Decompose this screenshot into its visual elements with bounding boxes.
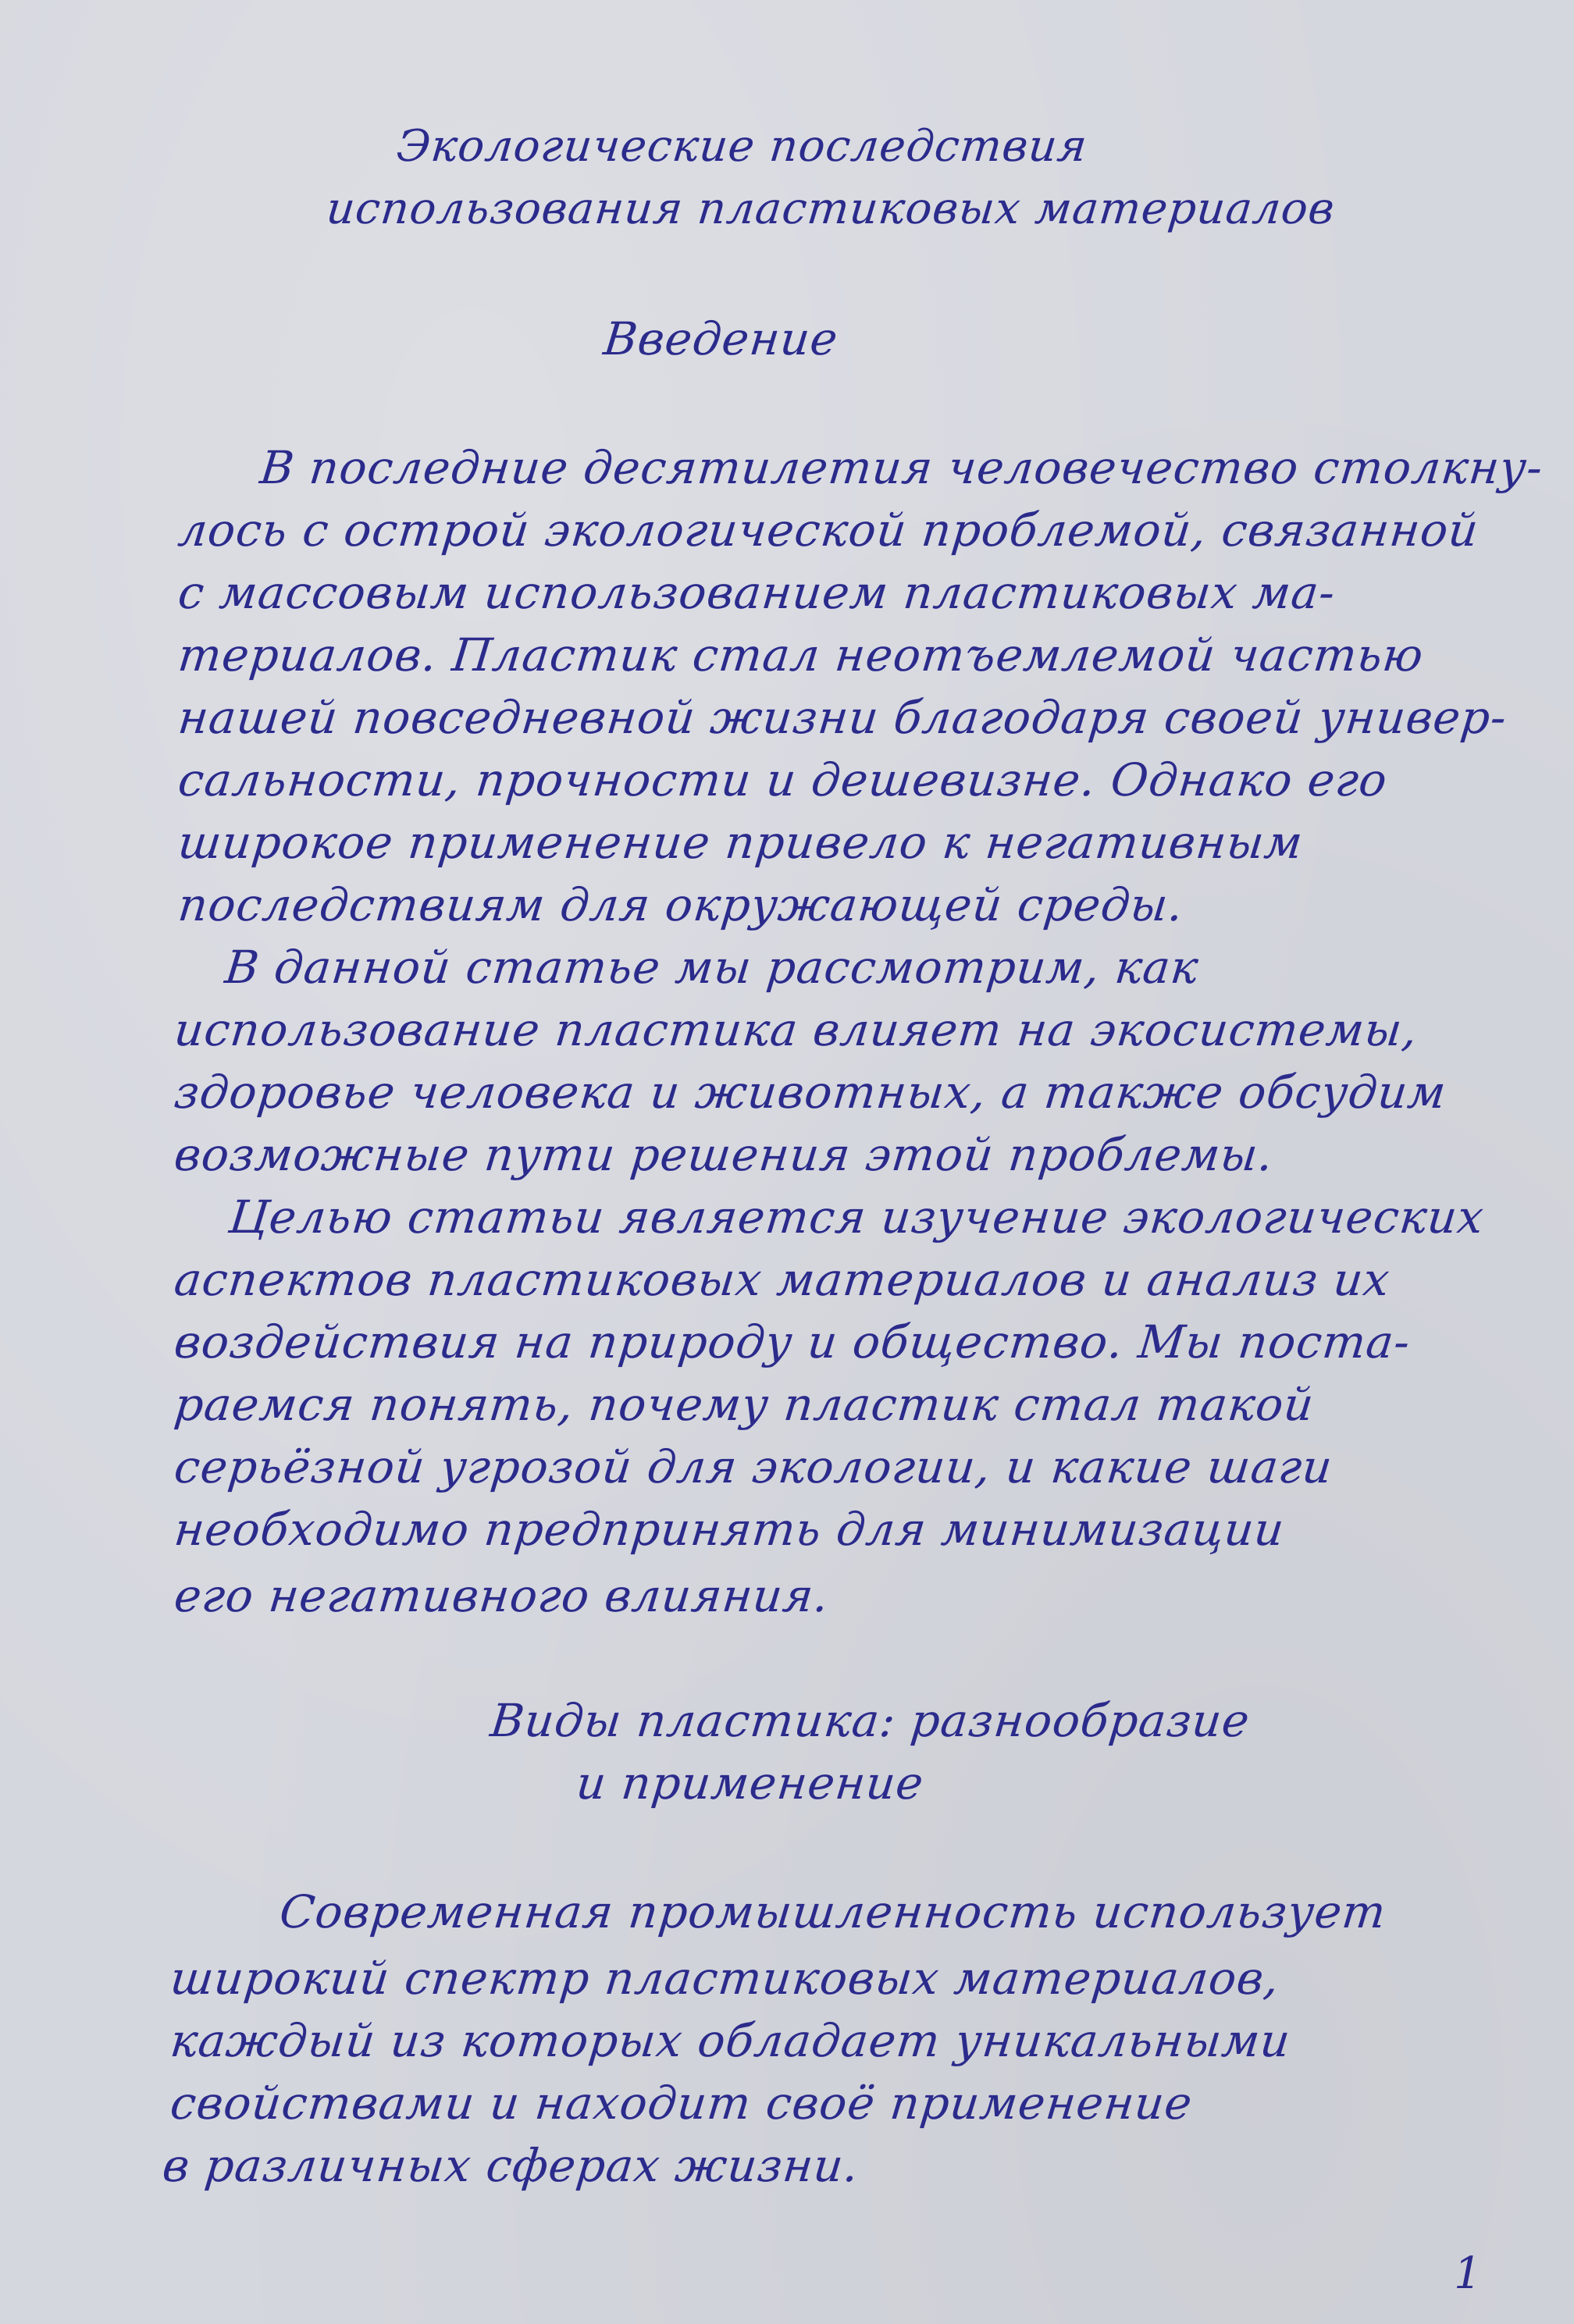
body-line: В последние десятилетия человечество сто… [258,441,1546,494]
body-line: с массовым использованием пластиковых ма… [176,566,1338,619]
body-line: териалов. Пластик стал неотъемлемой част… [176,628,1426,682]
body-line: широкий спектр пластиковых материалов, [168,1952,1282,2005]
body-line: воздействия на природу и общество. Мы по… [172,1315,1413,1368]
body-line: необходимо предпринять для минимизации [172,1503,1287,1556]
title-line-2: использования пластиковых материалов [324,183,1337,234]
page-number: 1 [1454,2248,1482,2299]
body-line: возможные пути решения этой проблемы. [172,1128,1277,1181]
body-line: нашей повседневной жизни благодаря своей… [176,691,1509,744]
body-line: Современная промышленность использует [277,1885,1389,1938]
body-line: сальности, прочности и дешевизне. Однако… [176,753,1390,806]
section-heading-introduction: Введение [601,312,841,365]
body-line: лось с острой экологической проблемой, с… [176,504,1481,557]
body-line: здоровье человека и животных, а также об… [172,1066,1449,1119]
body-line: Целью статьи является изучение экологиче… [226,1190,1487,1244]
body-line: его негативного влияния. [172,1569,832,1622]
body-line: в различных сферах жизни. [160,2139,862,2192]
body-line: аспектов пластиковых материалов и анализ… [172,1253,1393,1306]
title-line-1: Экологические последствия [394,121,1090,172]
section-heading-plastic-types: Виды пластика: разнообразие [488,1694,1252,1747]
body-line: каждый из которых обладает уникальными [168,2014,1293,2067]
body-line: свойствами и находит своё применение [168,2077,1195,2130]
body-line: раемся понять, почему пластик стал такой [172,1378,1316,1431]
handwritten-page: Экологические последствия использования … [0,0,1574,2324]
section-heading-plastic-types: и применение [574,1756,927,1810]
body-line: последствиям для окружающей среды. [176,878,1186,931]
body-line: серьёзной угрозой для экологии, и какие … [172,1440,1335,1493]
body-line: широкое применение привело к негативным [176,816,1305,869]
body-line: В данной статье мы рассмотрим, как [223,941,1202,994]
body-line: использование пластика влияет на экосист… [172,1003,1420,1056]
